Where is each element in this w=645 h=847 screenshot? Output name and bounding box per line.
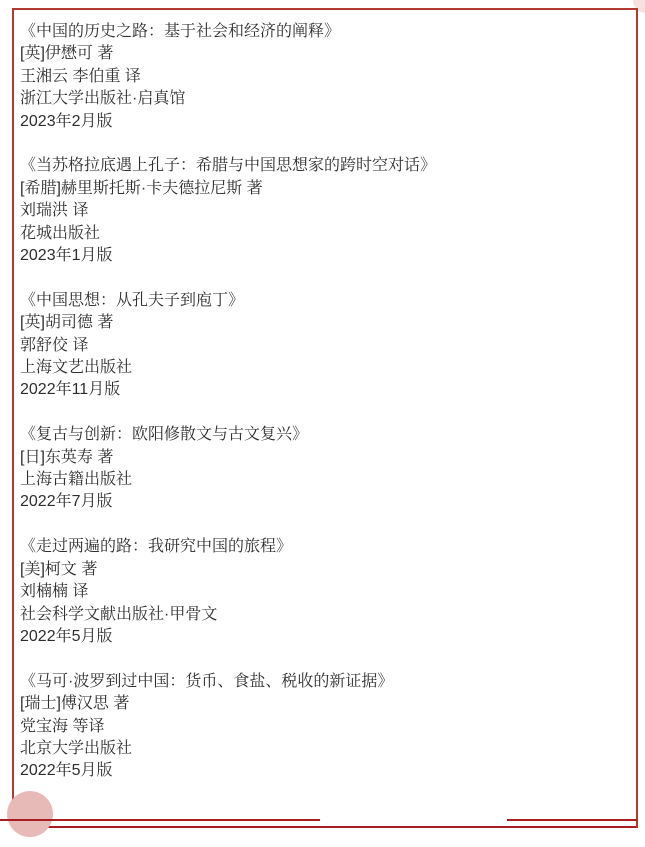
pink-circle-decoration xyxy=(7,791,53,837)
book-entry: 《马可·波罗到过中国：货币、食盐、税收的新证据》 [瑞士]傅汉思 著 党宝海 等… xyxy=(20,671,617,783)
book-entry: 《复古与创新：欧阳修散文与古文复兴》 [日]东英寿 著 上海古籍出版社 2022… xyxy=(20,424,617,514)
book-edition: 2023年1月版 xyxy=(20,245,617,267)
book-edition: 2023年2月版 xyxy=(20,111,617,133)
book-edition: 2022年7月版 xyxy=(20,491,617,513)
book-publisher: 北京大学出版社 xyxy=(20,738,617,760)
book-author: [英]胡司德 著 xyxy=(20,312,617,334)
bottom-accent-line-left xyxy=(0,819,320,821)
book-author: [瑞士]傅汉思 著 xyxy=(20,693,617,715)
book-title: 《中国思想：从孔夫子到庖丁》 xyxy=(20,290,617,312)
book-title: 《当苏格拉底遇上孔子：希腊与中国思想家的跨时空对话》 xyxy=(20,155,617,177)
book-translator: 刘楠楠 译 xyxy=(20,581,617,603)
book-translator: 党宝海 等译 xyxy=(20,716,617,738)
book-entry: 《当苏格拉底遇上孔子：希腊与中国思想家的跨时空对话》 [希腊]赫里斯托斯·卡夫德… xyxy=(20,155,617,267)
bottom-accent-line-long xyxy=(48,826,638,828)
book-title: 《复古与创新：欧阳修散文与古文复兴》 xyxy=(20,424,617,446)
book-author: [英]伊懋可 著 xyxy=(20,43,617,65)
book-entry: 《中国思想：从孔夫子到庖丁》 [英]胡司德 著 郭舒佼 译 上海文艺出版社 20… xyxy=(20,290,617,402)
book-publisher: 浙江大学出版社·启真馆 xyxy=(20,88,617,110)
book-translator: 刘瑞洪 译 xyxy=(20,200,617,222)
book-publisher: 上海文艺出版社 xyxy=(20,357,617,379)
frame-border-left xyxy=(12,8,14,820)
book-entry: 《中国的历史之路：基于社会和经济的阐释》 [英]伊懋可 著 王湘云 李伯重 译 … xyxy=(20,21,617,133)
book-entry: 《走过两遍的路：我研究中国的旅程》 [美]柯文 著 刘楠楠 译 社会科学文献出版… xyxy=(20,536,617,648)
book-author: [美]柯文 著 xyxy=(20,559,617,581)
book-author: [希腊]赫里斯托斯·卡夫德拉尼斯 著 xyxy=(20,178,617,200)
book-title: 《中国的历史之路：基于社会和经济的阐释》 xyxy=(20,21,617,43)
book-edition: 2022年5月版 xyxy=(20,626,617,648)
book-author: [日]东英寿 著 xyxy=(20,447,617,469)
book-translator: 王湘云 李伯重 译 xyxy=(20,66,617,88)
book-publisher: 花城出版社 xyxy=(20,223,617,245)
article-page: 《中国的历史之路：基于社会和经济的阐释》 [英]伊懋可 著 王湘云 李伯重 译 … xyxy=(0,0,645,847)
book-edition: 2022年5月版 xyxy=(20,760,617,782)
book-publisher: 上海古籍出版社 xyxy=(20,469,617,491)
frame-border-right xyxy=(636,8,638,828)
book-title: 《马可·波罗到过中国：货币、食盐、税收的新证据》 xyxy=(20,671,617,693)
book-list: 《中国的历史之路：基于社会和经济的阐释》 [英]伊懋可 著 王湘云 李伯重 译 … xyxy=(20,21,617,783)
book-translator: 郭舒佼 译 xyxy=(20,335,617,357)
frame-border-top xyxy=(12,8,637,10)
book-title: 《走过两遍的路：我研究中国的旅程》 xyxy=(20,536,617,558)
bottom-accent-line-right xyxy=(507,819,637,821)
book-publisher: 社会科学文献出版社·甲骨文 xyxy=(20,604,617,626)
book-edition: 2022年11月版 xyxy=(20,379,617,401)
corner-pink-accent xyxy=(633,0,645,13)
